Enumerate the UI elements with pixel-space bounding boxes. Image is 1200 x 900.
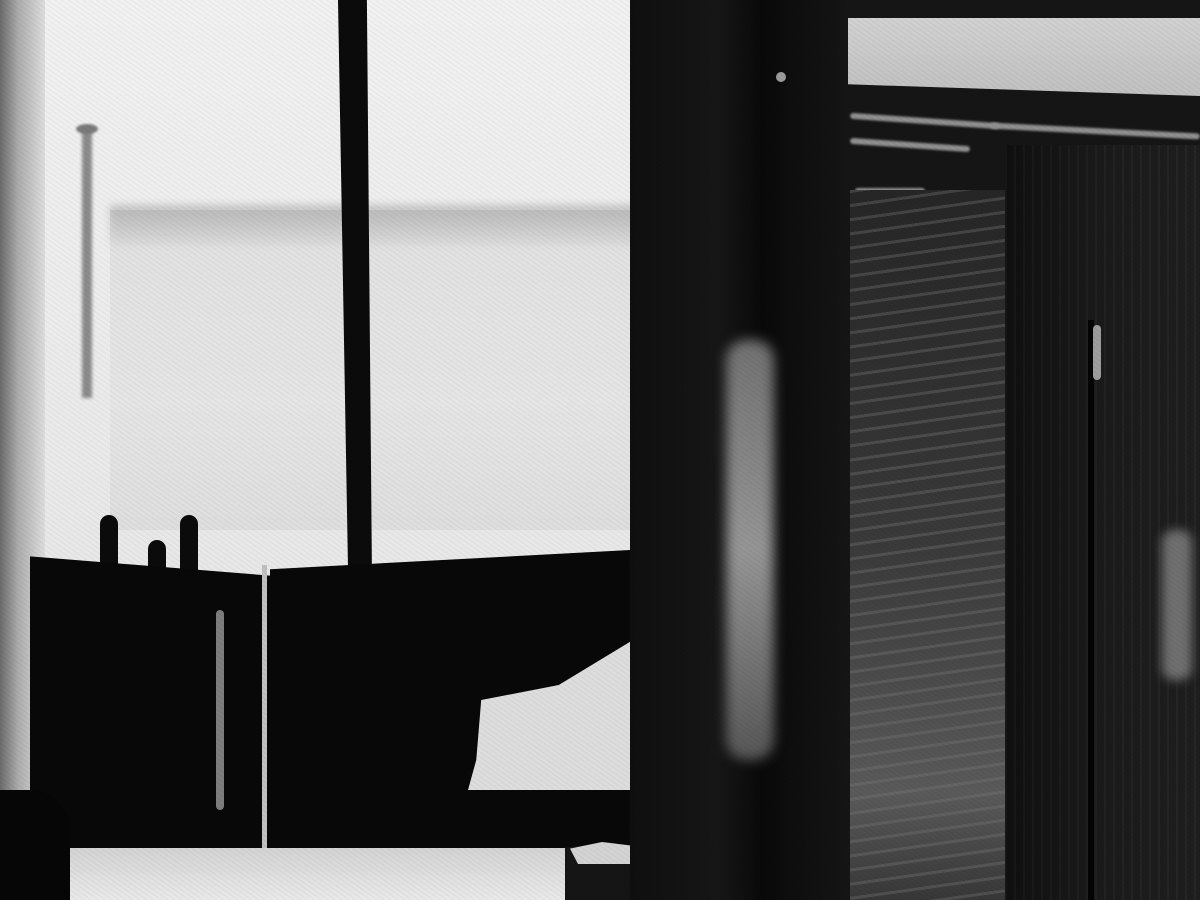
distant-pole-cap (76, 124, 98, 134)
wooden-door (1005, 145, 1200, 900)
hazy-building (110, 210, 640, 530)
door-seam (1088, 320, 1094, 900)
hazy-building-eave (110, 205, 640, 245)
fence-gap (262, 565, 267, 855)
pillar-nail (776, 72, 786, 82)
roof-eave (848, 18, 1200, 96)
distant-pole (82, 128, 92, 398)
brick-wall (850, 190, 1010, 900)
pillar-stain (726, 340, 774, 760)
foreground-shadow (0, 790, 70, 900)
door-latch (1093, 325, 1101, 380)
door-stain (1162, 530, 1192, 680)
fence-slit (216, 610, 224, 810)
alley-photograph (0, 0, 1200, 900)
